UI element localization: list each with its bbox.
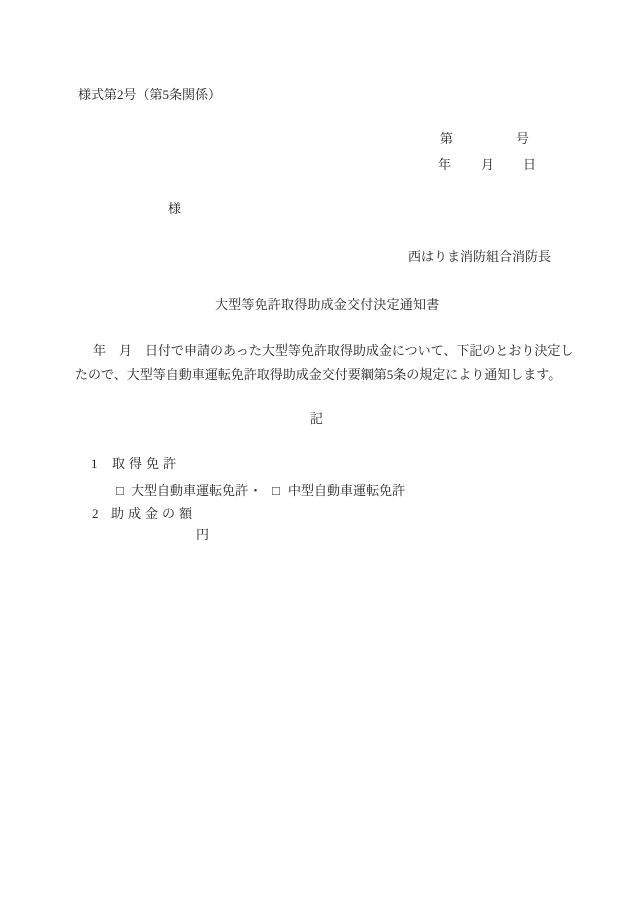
sender-name: 西はりま消防組合消防長	[408, 247, 551, 267]
recipient-honorific: 様	[168, 199, 181, 219]
license-option-separator: ・	[249, 481, 262, 501]
license-option-large-checkbox[interactable]: □	[116, 481, 124, 501]
body-paragraph-line2: たので、大型等自動車運転免許取得助成金交付要綱第5条の規定により通知します。	[75, 365, 561, 385]
item-1-label: 取得免許	[112, 454, 180, 474]
date-day-label: 日	[523, 155, 536, 175]
document-page: 様式第2号（第5条関係） 第 号 年 月 日 様 西はりま消防組合消防長 大型等…	[0, 0, 630, 903]
body-paragraph-line1: 年 月 日付で申請のあった大型等免許取得助成金について、下記のとおり決定し	[93, 341, 573, 361]
license-option-medium-label: 中型自動車運転免許	[288, 481, 405, 501]
doc-number-prefix: 第	[440, 129, 453, 149]
item-2-number: 2	[92, 504, 99, 524]
license-option-large-label: 大型自動車運転免許	[131, 481, 248, 501]
date-month-label: 月	[481, 155, 494, 175]
record-marker: 記	[310, 409, 323, 429]
item-2-label: 助成金の額	[111, 504, 196, 524]
amount-unit-label: 円	[196, 525, 209, 545]
date-year-label: 年	[438, 155, 451, 175]
document-title: 大型等免許取得助成金交付決定通知書	[215, 295, 439, 315]
doc-number-suffix: 号	[516, 129, 529, 149]
form-number: 様式第2号（第5条関係）	[78, 85, 221, 105]
item-1-number: 1	[91, 454, 98, 474]
license-option-medium-checkbox[interactable]: □	[272, 481, 280, 501]
